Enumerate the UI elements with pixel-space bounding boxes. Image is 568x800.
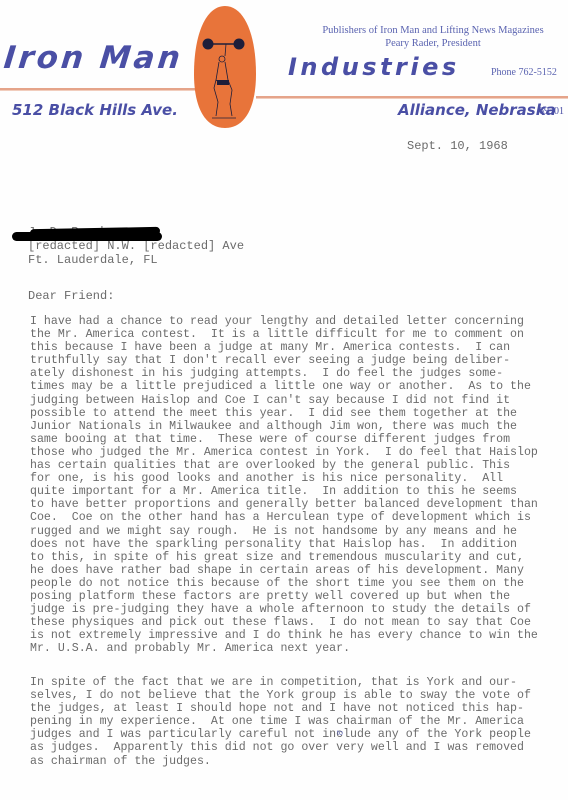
body-paragraph-2: In spite of the fact that we are in comp… (30, 676, 531, 768)
divider-rule-left (0, 88, 196, 91)
body-paragraph-1: I have had a chance to read your lengthy… (30, 315, 538, 655)
handwritten-insert: to (337, 730, 343, 737)
brand-name-right: Industries (288, 53, 460, 81)
street-address: 512 Black Hills Ave. (12, 101, 178, 119)
letterhead: Iron Man Publishers of Iron Man and Lift… (0, 0, 568, 130)
recipient-city: Ft. Lauderdale, FL (28, 253, 244, 267)
letter-date: Sept. 10, 1968 (407, 139, 508, 153)
city-state: Alliance, Nebraska (398, 101, 556, 119)
brand-name-left: Iron Man (2, 40, 185, 76)
publisher-info: Publishers of Iron Man and Lifting News … (290, 24, 568, 50)
recipient-street: [redacted] N.W. [redacted] Ave (28, 239, 244, 253)
president-line: Peary Rader, President (290, 37, 568, 50)
zip-code: 69301 (539, 106, 564, 117)
weightlifter-logo-icon (192, 4, 258, 130)
divider-rule-right (256, 96, 568, 99)
phone-number: Phone 762-5152 (491, 67, 557, 78)
publishers-line: Publishers of Iron Man and Lifting News … (290, 24, 568, 37)
salutation: Dear Friend: (28, 289, 114, 303)
